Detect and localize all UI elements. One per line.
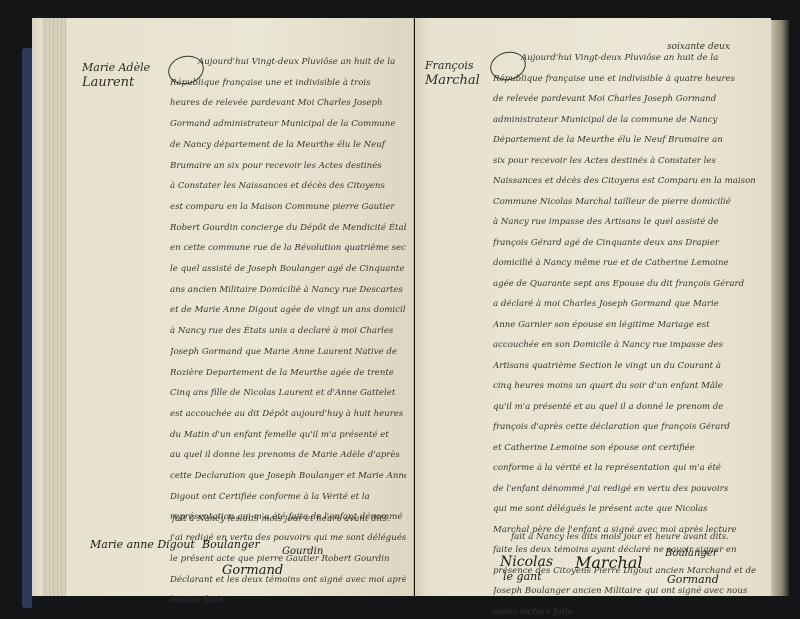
text-line: Joseph Boulanger ancien Militaire qui on…: [493, 581, 759, 602]
text-line: françois Gérard agé de Cinquante deux an…: [493, 233, 759, 254]
signature-le-gant: le gant: [503, 570, 542, 583]
signature-boulanger: Boulanger: [665, 548, 718, 559]
text-line: est comparu en la Maison Commune pierre …: [170, 197, 406, 218]
text-line: Rozière Departement de la Meurthe agée d…: [170, 363, 406, 384]
text-line: à Nancy rue impasse des Artisans le quel…: [493, 212, 759, 233]
text-line: Naissances et décès des Citoyens est Com…: [493, 171, 759, 192]
text-line: Artisans quatrième Section le vingt un d…: [493, 356, 759, 377]
text-line: administrateur Municipal de la commune d…: [493, 110, 759, 131]
text-line: Digout ont Certifiée conforme à la Vérit…: [170, 487, 406, 508]
text-line: Joseph Gormand que Marie Anne Laurent Na…: [170, 342, 406, 363]
signature-marchal: Marchal: [575, 553, 643, 572]
text-line: de l'enfant dénommé j'ai redigé en vertu…: [493, 479, 759, 500]
text-line: au quel il donne les prenoms de Marie Ad…: [170, 445, 406, 466]
right-page-edge: [771, 20, 789, 596]
text-line: cette Declaration que Joseph Boulanger e…: [170, 466, 406, 487]
signature-nicolas: Nicolas: [500, 554, 553, 570]
text-line: a déclaré à moi Charles Joseph Gormand q…: [493, 294, 759, 315]
margin-surname: Laurent: [82, 75, 150, 90]
signature-digout: Marie anne Digout: [90, 538, 195, 551]
signature-gormand: Gormand: [222, 563, 283, 578]
right-page: soixante deux François Marchal Aujourd'h…: [415, 18, 771, 596]
left-page-text: Aujourd'hui Vingt-deux Pluviôse an huit …: [170, 52, 406, 611]
text-line: qui me sont délégués le présent acte que…: [493, 499, 759, 520]
margin-surname: Marchal: [425, 73, 480, 88]
left-page: Marie Adèle Laurent Aujourd'hui Vingt-de…: [32, 18, 414, 596]
margin-given-name: François: [425, 58, 480, 73]
text-line: et Catherine Lemoine son épouse ont cert…: [493, 438, 759, 459]
book-cover-edge: [22, 48, 32, 608]
text-line: Cinq ans fille de Nicolas Laurent et d'A…: [170, 383, 406, 404]
text-line: françois d'après cette déclaration que f…: [493, 417, 759, 438]
text-line: conforme à la vérité et la représentatio…: [493, 458, 759, 479]
right-closing-line: fait à Nancy les dits mois jour et heure…: [511, 532, 729, 542]
text-line: Robert Gourdin concierge du Dépôt de Men…: [170, 218, 406, 239]
signature-gormand: Gormand: [667, 573, 719, 586]
text-line: qu'il m'a présenté et au quel il a donné…: [493, 397, 759, 418]
page-stack-edge: [42, 18, 66, 596]
left-closing-line: fait à Nancy les dits mois jour et heure…: [172, 514, 390, 524]
text-line: Brumaire an six pour recevoir les Actes …: [170, 156, 406, 177]
text-line: après lecture faite.: [493, 602, 759, 619]
text-line: et de Marie Anne Digout agée de vingt un…: [170, 300, 406, 321]
text-line: agée de Quarante sept ans Epouse du dit …: [493, 274, 759, 295]
text-line: heures de relevée pardevant Moi Charles …: [170, 93, 406, 114]
signature-gourdin: Gourdin: [282, 546, 323, 557]
text-line: le quel assisté de Joseph Boulanger agé …: [170, 259, 406, 280]
text-line: Anne Garnier son épouse en légitime Mari…: [493, 315, 759, 336]
open-register-book: Marie Adèle Laurent Aujourd'hui Vingt-de…: [22, 18, 794, 608]
text-line: domicilié à Nancy même rue et de Catheri…: [493, 253, 759, 274]
text-line: Commune Nicolas Marchal tailleur de pier…: [493, 192, 759, 213]
margin-given-name: Marie Adèle: [82, 60, 150, 75]
text-line: à Nancy rue des États unis a declaré à m…: [170, 321, 406, 342]
text-line: à Constater les Naissances et décès des …: [170, 176, 406, 197]
text-line: Aujourd'hui Vingt-deux Pluviôse an huit …: [170, 52, 406, 73]
text-line: est accouchée au dit Dépôt aujourd'huy à…: [170, 404, 406, 425]
text-line: du Matin d'un enfant femelle qu'il m'a p…: [170, 425, 406, 446]
text-line: accouchée en son Domicile à Nancy rue im…: [493, 335, 759, 356]
text-line: lecture faite.: [170, 590, 406, 611]
text-line: en cette commune rue de la Révolution qu…: [170, 238, 406, 259]
text-line: cinq heures moins un quart du soir d'un …: [493, 376, 759, 397]
text-line: Gormand administrateur Municipal de la C…: [170, 114, 406, 135]
text-line: République française une et indivisible …: [170, 73, 406, 94]
text-line: ans ancien Militaire Domicilié à Nancy r…: [170, 280, 406, 301]
text-line: Déclarant et les deux témoins ont signé …: [170, 570, 406, 591]
text-line: Aujourd'hui Vingt-deux Pluviôse an huit …: [493, 48, 759, 69]
text-line: Département de la Meurthe élu le Neuf Br…: [493, 130, 759, 151]
signature-boulanger: Boulanger: [202, 538, 260, 551]
text-line: de Nancy département de la Meurthe élu l…: [170, 135, 406, 156]
left-margin-name: Marie Adèle Laurent: [82, 60, 150, 90]
right-margin-name: François Marchal: [425, 58, 480, 88]
text-line: six pour recevoir les Actes destinés à C…: [493, 151, 759, 172]
text-line: République française une et indivisible …: [493, 69, 759, 90]
text-line: de relevée pardevant Moi Charles Joseph …: [493, 89, 759, 110]
